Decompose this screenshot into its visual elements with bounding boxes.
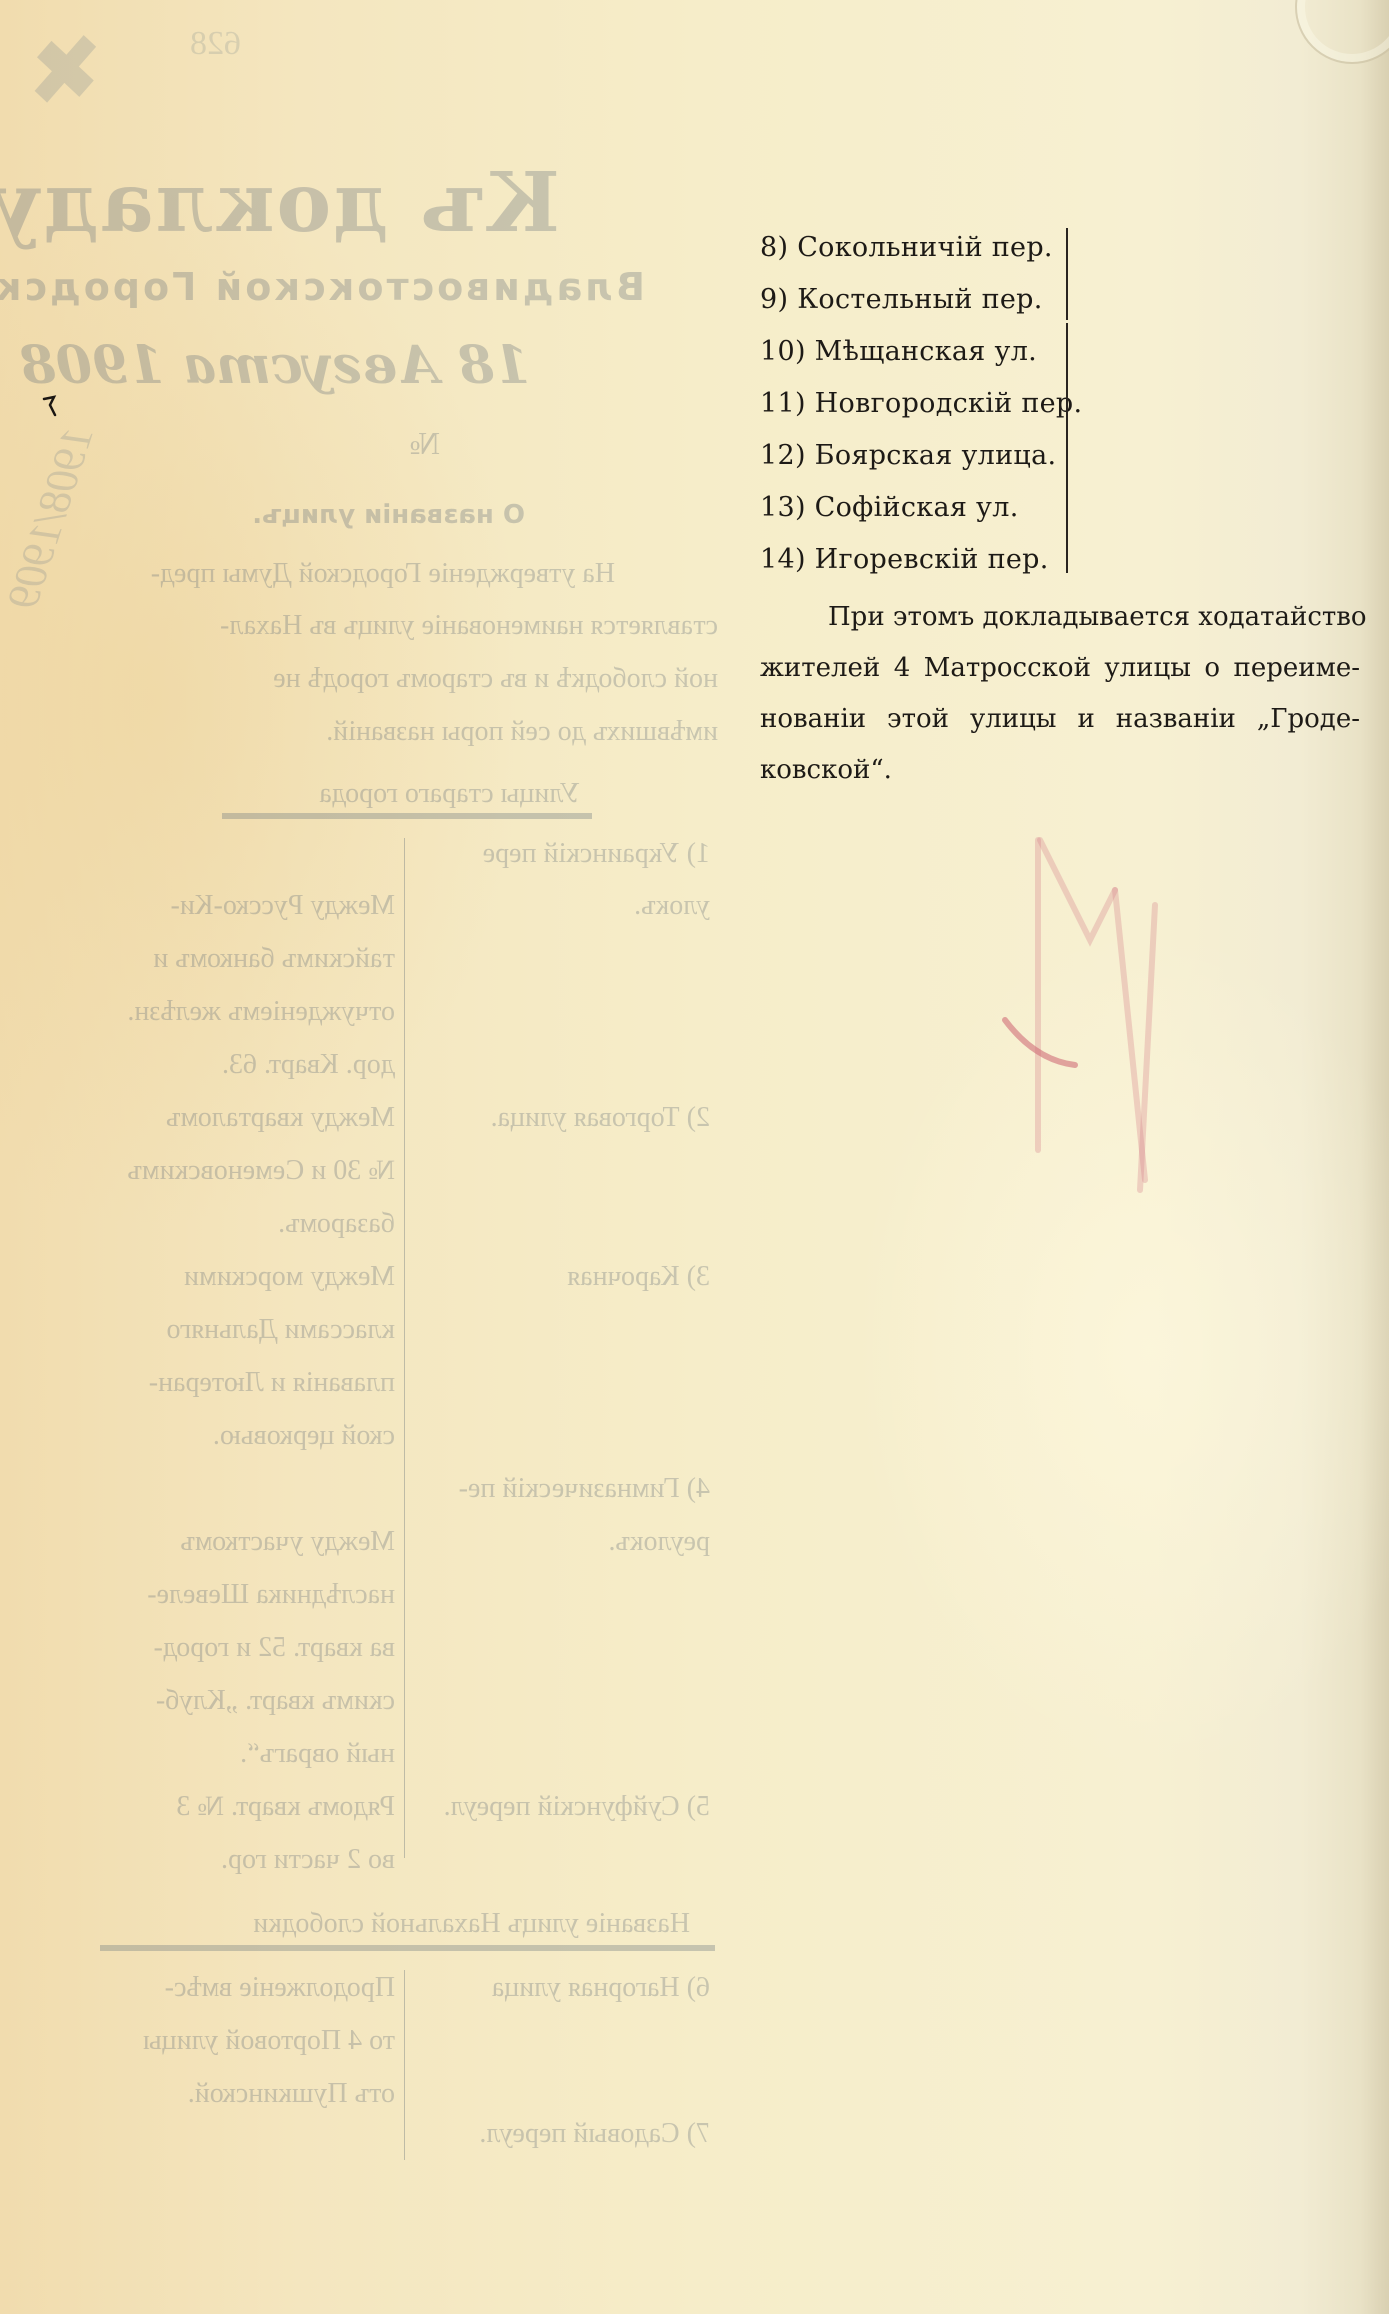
bleed-cell: тайскимъ банкомъ и (153, 943, 395, 975)
bleed-cell: улокъ. (634, 890, 710, 922)
bleed-cell: 3) Карочная (567, 1261, 710, 1293)
bleed-cell: отчужденіемъ желѣзн. (127, 996, 395, 1028)
bleed-intro-line: ной слободкѣ и въ старомъ городѣ не (273, 663, 718, 695)
street-item: 10) Мѣщанская ул. (760, 326, 1066, 378)
bleed-column-rule (404, 1970, 405, 2160)
bleed-cell: № 30 и Семеновскимъ (127, 1155, 395, 1187)
bleed-section-old-city: Улицы стараго города (319, 778, 580, 810)
paragraph-line: жителей 4 Матросской улицы о переиме- (760, 643, 1360, 694)
bleed-cell: 5) Суйфунскій переул. (444, 1791, 710, 1823)
bleed-cell: ва кварт. 52 и город- (154, 1632, 395, 1664)
bleed-subtitle: Владивостокской Городской Думѣ (0, 265, 645, 309)
bleed-cell: Рядомъ кварт. № 3 (176, 1791, 395, 1823)
bleed-intro-line: На утвержденіе Городской Думы пред- (151, 558, 615, 590)
bleed-cell: наслѣдника Шевеле- (147, 1579, 395, 1611)
bleed-cell: Между Русско-Ки- (171, 890, 395, 922)
bleed-cell: скимъ кварт. „Клуб- (156, 1685, 395, 1717)
ink-tick-mark (42, 395, 58, 417)
bleed-cell: ный оврагъ“. (240, 1738, 395, 1770)
bleed-cell: 1) Украинскій пере (483, 838, 710, 870)
bleed-rule (100, 1945, 715, 1951)
street-list: 8) Сокольничій пер. 9) Костельный пер. 1… (760, 222, 1066, 586)
bleed-cell: 2) Торговая улица. (491, 1102, 710, 1134)
bleed-column-rule (404, 838, 405, 1858)
bleed-cell: дор. Кварт. 63. (222, 1049, 395, 1081)
column-rule (1066, 228, 1068, 320)
bleed-number-label: № (409, 425, 440, 462)
bleed-cell: Между кварталомъ (166, 1102, 395, 1134)
bleed-title: Къ докладу (0, 155, 560, 251)
bleed-through-text: Къ докладу Владивостокской Городской Дум… (0, 0, 740, 2314)
bleed-cell: во 2 части гор. (221, 1844, 395, 1876)
street-item: 14) Игоревскій пер. (760, 534, 1066, 586)
bleed-cell: ской церковью. (213, 1420, 395, 1452)
column-rule (1066, 323, 1068, 573)
bleed-cell: классами Дальняго (167, 1314, 396, 1346)
red-pencil-annotation (990, 820, 1250, 1220)
bleed-topic: О названіи улицъ. (252, 500, 525, 530)
bleed-rule (222, 813, 592, 819)
bleed-cell: плаванія и Лютеран- (149, 1367, 395, 1399)
bleed-intro-line: ставляется наименованіе улицъ въ Нахал- (220, 610, 718, 642)
bleed-cell: реулокъ. (608, 1526, 710, 1558)
petition-paragraph: При этомъ докладывается ходатайство жите… (760, 592, 1360, 796)
paragraph-line: При этомъ докладывается ходатайство (760, 592, 1360, 643)
bleed-cell: Между морскими (184, 1261, 395, 1293)
street-item: 13) Софійская ул. (760, 482, 1066, 534)
bleed-cell: отъ Пушкинской. (188, 2078, 395, 2110)
bleed-cell: базаромъ. (278, 1208, 395, 1240)
bleed-cell: то 4 Портовой улицы (143, 2025, 395, 2057)
street-item: 9) Костельный пер. (760, 274, 1066, 326)
street-item: 12) Боярская улица. (760, 430, 1066, 482)
bleed-cell: Между участкомъ (180, 1526, 395, 1558)
street-item: 8) Сокольничій пер. (760, 222, 1066, 274)
bleed-cell: 6) Нагорная улица (492, 1972, 710, 2004)
paragraph-line: нованіи этой улицы и названіи „Гроде- (760, 694, 1360, 745)
bleed-intro-line: имѣвшихъ до сей поры названій. (326, 716, 718, 748)
bleed-section-slobodka: Названіе улицъ Нахальной слободки (253, 1908, 690, 1940)
bleed-cell: Продолженіе вмѣс- (165, 1972, 395, 2004)
paragraph-line: ковской“. (760, 745, 1360, 796)
street-item: 11) Новгородскій пер. (760, 378, 1066, 430)
bleed-cell: 7) Садовый переул. (479, 2118, 710, 2150)
embossed-stamp (1295, 0, 1389, 64)
bleed-cell: 4) Гимназическій пе- (459, 1473, 710, 1505)
bleed-date: 18 Августа 1908 г. (0, 335, 530, 396)
